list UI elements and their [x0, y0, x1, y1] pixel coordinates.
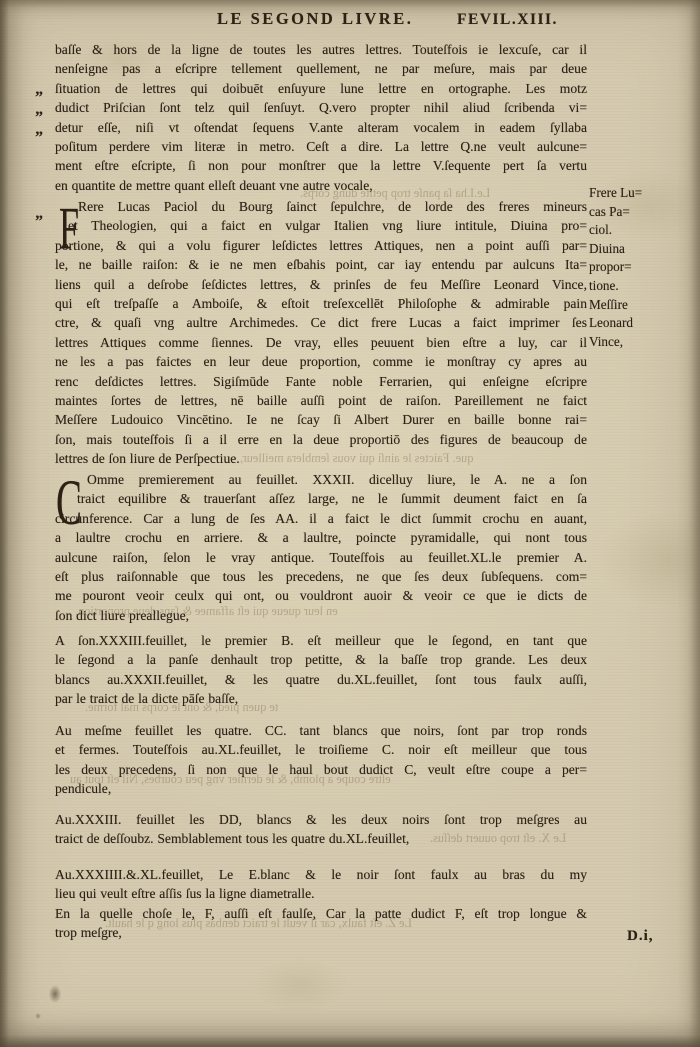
- margin-quote-mark: ”: [35, 130, 43, 146]
- text-line: blancs au.XXXII.feuillet, & les quatre d…: [55, 670, 587, 689]
- paragraph: C Omme premierement au feuillet. XXXII. …: [55, 470, 587, 625]
- text-line: detur eſſe, niſi vt oſtendat ſequens V.a…: [55, 118, 587, 137]
- text-line: traict equilibre & trauerſant aſſez larg…: [55, 489, 587, 508]
- margin-note-line: propor=: [589, 258, 675, 277]
- text-line: traict de deſſoubz. Semblablement tous l…: [55, 829, 587, 848]
- text-line: ment eſtre eſcripte, ſi non pour monſtre…: [55, 156, 587, 175]
- margin-note-line: Frere Lu=: [589, 184, 675, 203]
- text-line: dudict Priſcian ſont telz quil ſenſuyt. …: [55, 98, 587, 117]
- margin-notes: Frere Lu= cas Pa= ciol. Diuina propor= t…: [589, 184, 675, 351]
- text-line: le, ne baille raiſon: & ie ne men eſbahi…: [55, 255, 587, 274]
- text-line: a laultre crochu en arriere. & a laultre…: [55, 528, 587, 547]
- folio-number: FEVIL.XIII.: [457, 11, 558, 29]
- text-line: et Theologien, qui a faict en vulgar Ita…: [55, 216, 587, 235]
- text-line: qui eſt treſpaſſe a Amboiſe, & eſtoit tr…: [55, 294, 587, 313]
- text-line: nenſeigne pas a eſcripre tellement quell…: [55, 59, 587, 78]
- paragraph: A ſon.XXXIII.feuillet, le premier B. eſt…: [55, 631, 587, 709]
- text-line: ſituation de lettres qui doibuēt enſuyur…: [55, 79, 587, 98]
- text-line: lettres de ſon liure de Perſpectiue.: [55, 449, 587, 468]
- margin-quote-mark: ”: [35, 214, 43, 230]
- text-line: Meſſere Ludouico Vincētino. Ie ne ſcay ſ…: [55, 410, 587, 429]
- margin-note-line: ciol.: [589, 221, 675, 240]
- text-line: portione, & qui a volu figurer leſdictes…: [55, 236, 587, 255]
- margin-quote-mark: ”: [35, 110, 43, 126]
- text-line: me pouront veoir ceulx qui ont, ou vould…: [55, 586, 587, 605]
- text-line: par le traict de la dicte pāſe baſſe,: [55, 689, 587, 708]
- margin-note-line: tione.: [589, 277, 675, 296]
- margin-note-line: cas Pa=: [589, 203, 675, 222]
- paragraph: Au meſme feuillet les quatre. CC. tant b…: [55, 721, 587, 799]
- text-line: circunference. Car a lung de ſes AA. il …: [55, 509, 587, 528]
- running-title: LE SEGOND LIVRE.: [217, 9, 413, 29]
- margin-note-line: Diuina: [589, 240, 675, 259]
- text-line: pendicule,: [55, 779, 587, 798]
- text-line: eſt plus raiſonnable que tous les preced…: [55, 567, 587, 586]
- margin-quote-mark: ”: [35, 90, 43, 106]
- paragraph: Au.XXXIIII.&.XL.feuillet, Le E.blanc & l…: [55, 865, 587, 943]
- text-line: En la quelle choſe le, F, auſſi eſt faul…: [55, 904, 587, 923]
- text-line: lieu qui veult eſtre aſſis ſus la ligne …: [55, 884, 587, 903]
- drop-cap-letter: C: [56, 470, 82, 535]
- text-line: ctre, & quaſi vng aultre Archimedes. Ce …: [55, 313, 587, 332]
- text-line: trop meſgre,: [55, 923, 587, 942]
- text-line: ne les a pas faictes en leur deue propor…: [55, 352, 587, 371]
- text-line: Au.XXXIIII.&.XL.feuillet, Le E.blanc & l…: [55, 865, 587, 884]
- text-line: le ſegond a la panſe denhault trop petit…: [55, 650, 587, 669]
- text-line: Rere Lucas Paciol du Bourg ſainct ſepulc…: [55, 197, 587, 216]
- signature-mark: D.i,: [627, 928, 654, 945]
- text-line: Au.XXXIII. feuillet les DD, blancs & les…: [55, 810, 587, 829]
- text-line: lettres Attiques comme ſiennes. De vray,…: [55, 333, 587, 352]
- text-line: ſon dict liure preallegue,: [55, 606, 587, 625]
- text-line: ſon, mais touteſfois ſi a il erre en la …: [55, 430, 587, 449]
- text-line: poſitum perdere vim literæ in metro. Ceſ…: [55, 137, 587, 156]
- scanned-book-page: Le.I.ha ſa panſe trop petite dung corps.…: [0, 0, 700, 1047]
- text-line: aulcune raiſon, ſelon le vray antique. T…: [55, 548, 587, 567]
- text-line: et fermes. Touteſfois au.XL.feuillet, le…: [55, 740, 587, 759]
- text-line: A ſon.XXXIII.feuillet, le premier B. eſt…: [55, 631, 587, 650]
- paragraph: F Rere Lucas Paciol du Bourg ſainct ſepu…: [55, 197, 587, 468]
- text-line: baſſe & hors de la ligne de toutes les a…: [55, 40, 587, 59]
- paragraph: baſſe & hors de la ligne de toutes les a…: [55, 40, 587, 195]
- text-line: Au meſme feuillet les quatre. CC. tant b…: [55, 721, 587, 740]
- text-line: les deux precedens, ſi non que le haul b…: [55, 760, 587, 779]
- text-line: Omme premierement au feuillet. XXXII. di…: [55, 470, 587, 489]
- margin-note-line: Leonard: [589, 314, 675, 333]
- text-line: liens quil a deſrobe ſeſdictes lettres, …: [55, 275, 587, 294]
- margin-note-line: Meſſire: [589, 296, 675, 315]
- text-line: maintes ſortes de lettres, nē baille auſ…: [55, 391, 587, 410]
- text-line: en quantite de mettre quant elleſt deuan…: [55, 176, 587, 195]
- margin-note-line: Vince,: [589, 333, 675, 352]
- text-line: renc deſdictes lettres. Sigiſmūde Fante …: [55, 372, 587, 391]
- paragraph: Au.XXXIII. feuillet les DD, blancs & les…: [55, 810, 587, 849]
- drop-cap-letter: F: [59, 198, 79, 258]
